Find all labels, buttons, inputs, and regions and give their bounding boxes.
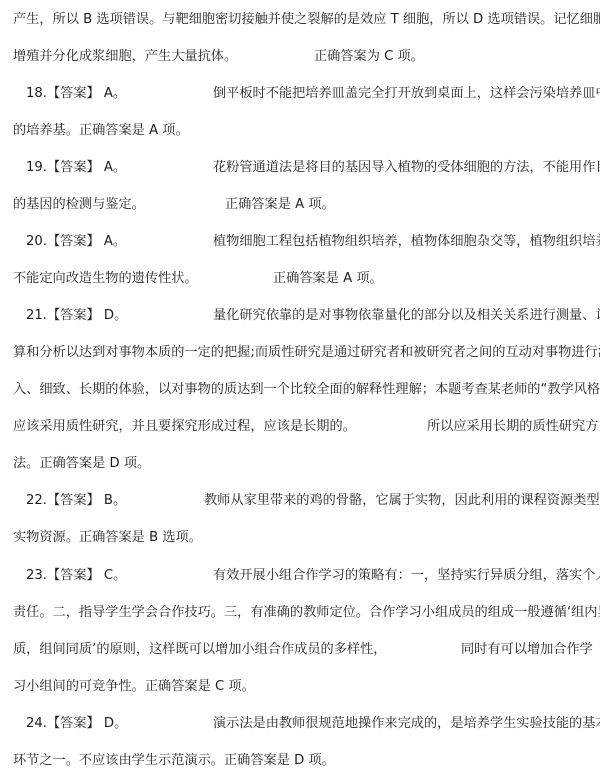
text-segment: 正确答案是 A 项。: [273, 270, 383, 288]
answer-label: 20.【答案】 A。: [26, 233, 126, 251]
text-segment: 倒平板时不能把培养皿盖完全打开放到桌面上，这样会污染培养皿中: [213, 85, 600, 103]
text-segment: 应该采用质性研究，并且要探究形成过程，应该是长期的。: [13, 418, 356, 436]
answer-label: 23.【答案】 C。: [26, 567, 126, 585]
text-segment: 演示法是由教师很规范地操作来完成的，是培养学生实验技能的基本: [213, 715, 600, 733]
answer-label: 19.【答案】 A。: [26, 159, 126, 177]
text-segment: 法。正确答案是 D 项。: [13, 455, 150, 473]
text-segment: 不能定向改造生物的遗传性状。: [13, 270, 198, 288]
answer-label: 24.【答案】 D。: [26, 715, 127, 733]
text-segment: 产生，所以 B 选项错误。与靶细胞密切接触并使之裂解的是效应 T 细胞，所以 D…: [13, 11, 600, 29]
text-segment: 量化研究依靠的是对事物依靠量化的部分以及相关关系进行测量、计: [213, 307, 600, 325]
text-segment: 同时有可以增加合作学: [461, 641, 593, 659]
text-segment: 教师从家里带来的鸡的骨骼，它属于实物，因此利用的课程资源类型是: [204, 492, 600, 510]
text-segment: 所以应采用长期的质性研究方: [427, 418, 598, 436]
text-segment: 正确答案是 A 项。: [225, 196, 335, 214]
answer-label: 18.【答案】 A。: [26, 85, 126, 103]
text-segment: 责任。二，指导学生学会合作技巧。三，有准确的教师定位。合作学习小组成员的组成一般…: [13, 604, 600, 622]
text-segment: 实物资源。正确答案是 B 选项。: [13, 529, 202, 547]
text-segment: 入、细致、长期的体验，以对事物的质达到一个比较全面的解释性理解；本题考查某老师的…: [13, 381, 600, 399]
text-segment: 花粉管通道法是将目的基因导入植物的受体细胞的方法，不能用作目: [213, 159, 600, 177]
text-segment: 增殖并分化成浆细胞，产生大量抗体。: [13, 48, 237, 66]
text-segment: 的基因的检测与鉴定。: [13, 196, 145, 214]
text-segment: 质，组间同质’的原则，这样既可以增加小组合作成员的多样性，: [13, 641, 386, 659]
text-segment: 有效开展小组合作学习的策略有：一，坚持实行异质分组，落实个人: [213, 567, 600, 585]
text-segment: 算和分析以达到对事物本质的一定的把握;而质性研究是通过研究者和被研究者之间的互动…: [13, 344, 600, 362]
text-segment: 植物细胞工程包括植物组织培养，植物体细胞杂交等，植物组织培养: [213, 233, 600, 251]
text-segment: 正确答案为 C 项。: [314, 48, 424, 66]
text-segment: 环节之一。不应该由学生示范演示。正确答案是 D 项。: [13, 752, 335, 770]
text-segment: 的培养基。正确答案是 A 项。: [13, 122, 189, 140]
text-segment: 习小组间的可竞争性。正确答案是 C 项。: [13, 678, 255, 696]
answer-label: 22.【答案】 B。: [26, 492, 126, 510]
answer-label: 21.【答案】 D。: [26, 307, 127, 325]
